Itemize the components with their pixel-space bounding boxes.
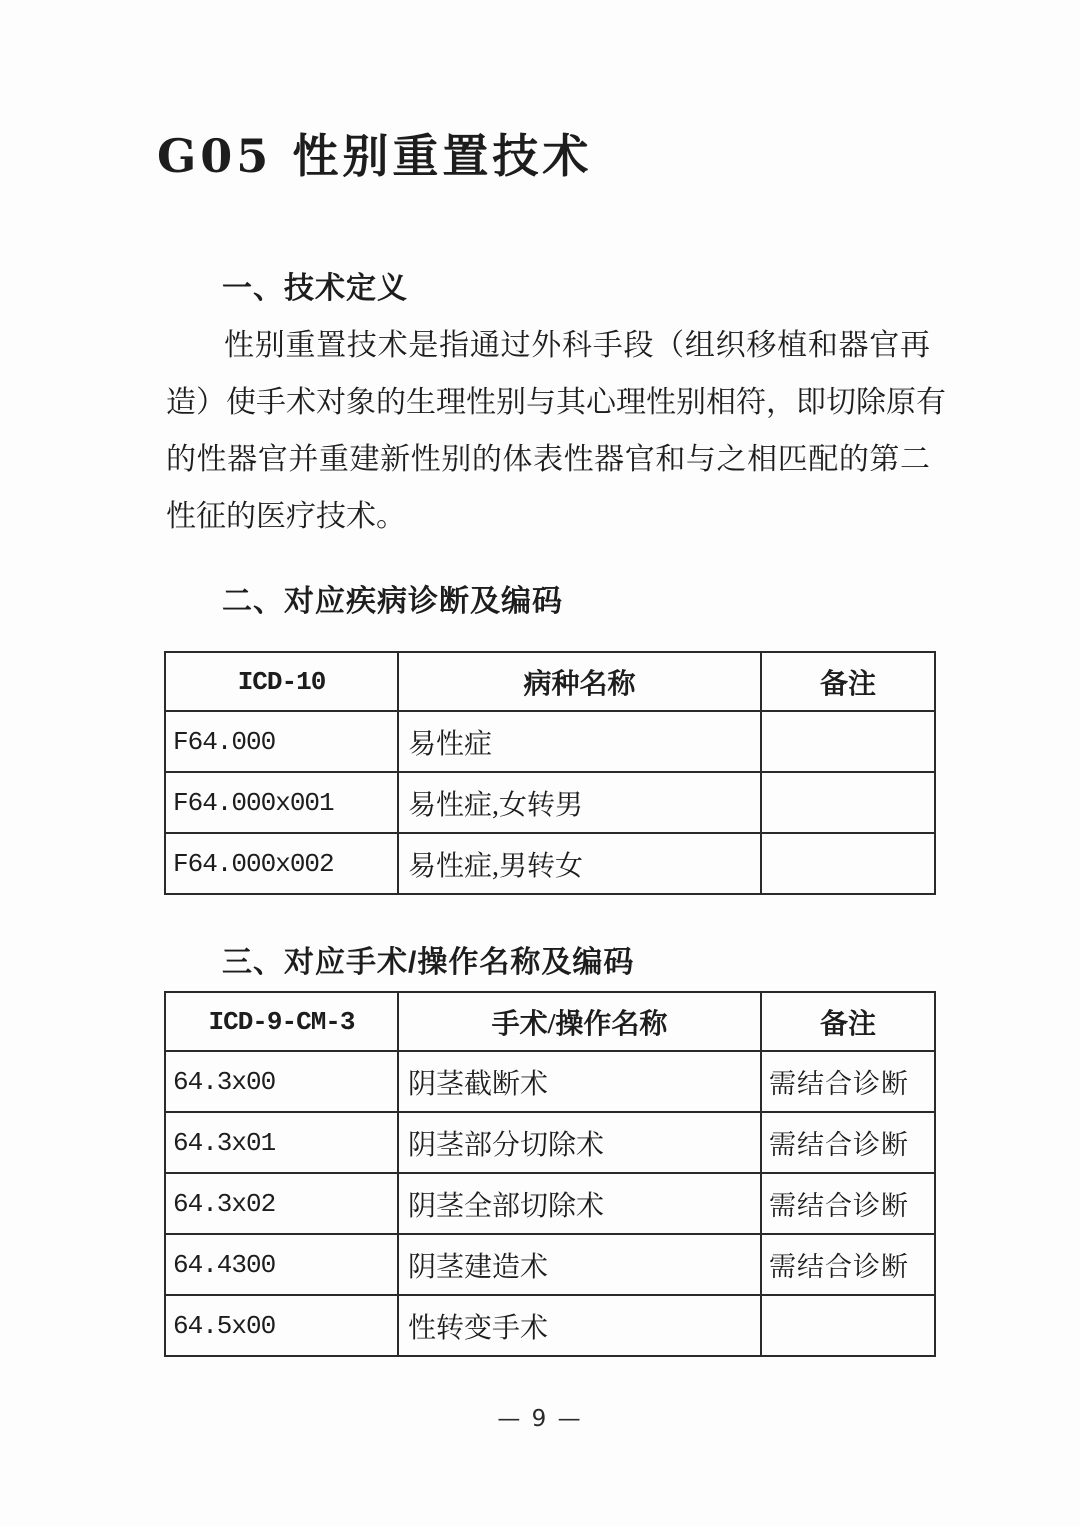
remark-cell [761,1295,935,1356]
icd-code-cell: F64.000x001 [165,772,398,833]
operation-name-cell: 阴茎全部切除术 [398,1173,761,1234]
table-row: F64.000x001 易性症,女转男 [165,772,935,833]
table-row: F64.000 易性症 [165,711,935,772]
operation-name-cell: 阴茎部分切除术 [398,1112,761,1173]
operation-name-cell: 阴茎建造术 [398,1234,761,1295]
remark-cell: 需结合诊断 [761,1051,935,1112]
icd-code-cell: F64.000 [165,711,398,772]
disease-name-cell: 易性症,男转女 [398,833,761,894]
table-header-cell: 备注 [761,992,935,1051]
remark-cell [761,833,935,894]
operation-name-cell: 阴茎截断术 [398,1051,761,1112]
document-page: G05 性别重置技术 一、技术定义 性别重置技术是指通过外科手段（组织移植和器官… [0,0,1080,1527]
table-row: 64.3x01 阴茎部分切除术 需结合诊断 [165,1112,935,1173]
definition-line: 的性器官并重建新性别的体表性器官和与之相匹配的第二 [166,431,930,488]
table-header-cell: 备注 [761,652,935,711]
table-row: 64.3x00 阴茎截断术 需结合诊断 [165,1051,935,1112]
section-definition-heading: 一、技术定义 [222,263,408,307]
page-title: G05 性别重置技术 [157,120,592,186]
table-header-cell: 手术/操作名称 [398,992,761,1051]
remark-cell: 需结合诊断 [761,1173,935,1234]
icd-code-cell: 64.3x00 [165,1051,398,1112]
remark-cell [761,711,935,772]
definition-line: 造）使手术对象的生理性别与其心理性别相符，即切除原有 [166,374,930,431]
table-header-row: ICD-10 病种名称 备注 [165,652,935,711]
table-row: 64.5x00 性转变手术 [165,1295,935,1356]
table-row: F64.000x002 易性症,男转女 [165,833,935,894]
page-number: — 9 — [0,1406,1080,1432]
table-header-cell: ICD-10 [165,652,398,711]
operation-table: ICD-9-CM-3 手术/操作名称 备注 64.3x00 阴茎截断术 需结合诊… [164,991,936,1357]
definition-paragraph: 性别重置技术是指通过外科手段（组织移植和器官再 造）使手术对象的生理性别与其心理… [166,317,930,545]
section-operation-heading: 三、对应手术/操作名称及编码 [222,937,634,981]
definition-line: 性别重置技术是指通过外科手段（组织移植和器官再 [166,317,930,374]
disease-name-cell: 易性症 [398,711,761,772]
remark-cell: 需结合诊断 [761,1234,935,1295]
definition-line: 性征的医疗技术。 [166,488,930,545]
icd-code-cell: 64.3x02 [165,1173,398,1234]
icd-code-cell: 64.5x00 [165,1295,398,1356]
icd-code-cell: F64.000x002 [165,833,398,894]
section-diagnosis-heading: 二、对应疾病诊断及编码 [222,576,563,620]
table-header-cell: 病种名称 [398,652,761,711]
table-header-cell: ICD-9-CM-3 [165,992,398,1051]
table-header-row: ICD-9-CM-3 手术/操作名称 备注 [165,992,935,1051]
remark-cell [761,772,935,833]
diagnosis-table: ICD-10 病种名称 备注 F64.000 易性症 F64.000x001 易… [164,651,936,895]
remark-cell: 需结合诊断 [761,1112,935,1173]
icd-code-cell: 64.4300 [165,1234,398,1295]
table-row: 64.4300 阴茎建造术 需结合诊断 [165,1234,935,1295]
icd-code-cell: 64.3x01 [165,1112,398,1173]
table-row: 64.3x02 阴茎全部切除术 需结合诊断 [165,1173,935,1234]
disease-name-cell: 易性症,女转男 [398,772,761,833]
operation-name-cell: 性转变手术 [398,1295,761,1356]
